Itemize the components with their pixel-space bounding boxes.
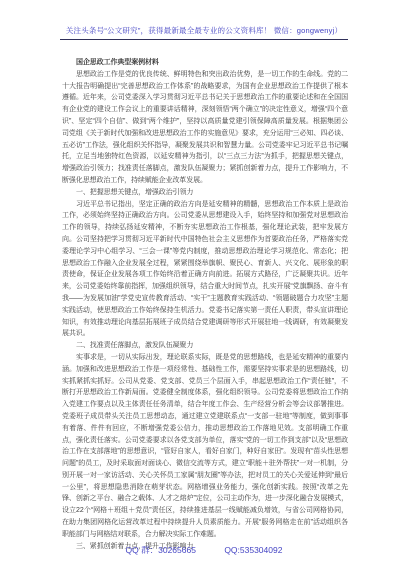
paragraph-section-1: 习近平总书记指出，坚定正确的政治方向是延安精神的精髓，思想政治工作本质上是政治工… xyxy=(62,199,348,341)
footer-qq: QQ:535304092 xyxy=(224,545,282,555)
document-body: 国企思政工作典型案例材料 思想政治工作是党的优良传统、鲜明特色和突出政治优势，是… xyxy=(62,57,348,552)
paragraph-intro: 思想政治工作是党的优良传统、鲜明特色和突出政治优势，是一切工作的生命线。党的二十… xyxy=(62,69,348,187)
paragraph-section-2: 实事求是，一切从实际出发，理论联系实际，既是党的思想路线，也是延安精神的重要内涵… xyxy=(62,352,348,541)
section-heading-1: 一、把握思想关键点，增强政治引领力 xyxy=(62,187,348,199)
document-title: 国企思政工作典型案例材料 xyxy=(62,57,348,69)
footer-banner: QQ 群：30265665 QQ:535304092 xyxy=(0,544,408,556)
header-banner: 关注头条号“公文研究”，获得最新最全最专业的公文资料库！ 微信：gongweny… xyxy=(60,25,348,40)
header-text: 关注头条号“公文研究”，获得最新最全最专业的公文资料库！ 微信：gongweny… xyxy=(66,26,342,35)
footer-qq-group: QQ 群：30265665 xyxy=(126,545,196,555)
document-page: 关注头条号“公文研究”，获得最新最全最专业的公文资料库！ 微信：gongweny… xyxy=(0,0,408,580)
section-heading-2: 二、找准责任落脚点，激发队伍凝聚力 xyxy=(62,340,348,352)
